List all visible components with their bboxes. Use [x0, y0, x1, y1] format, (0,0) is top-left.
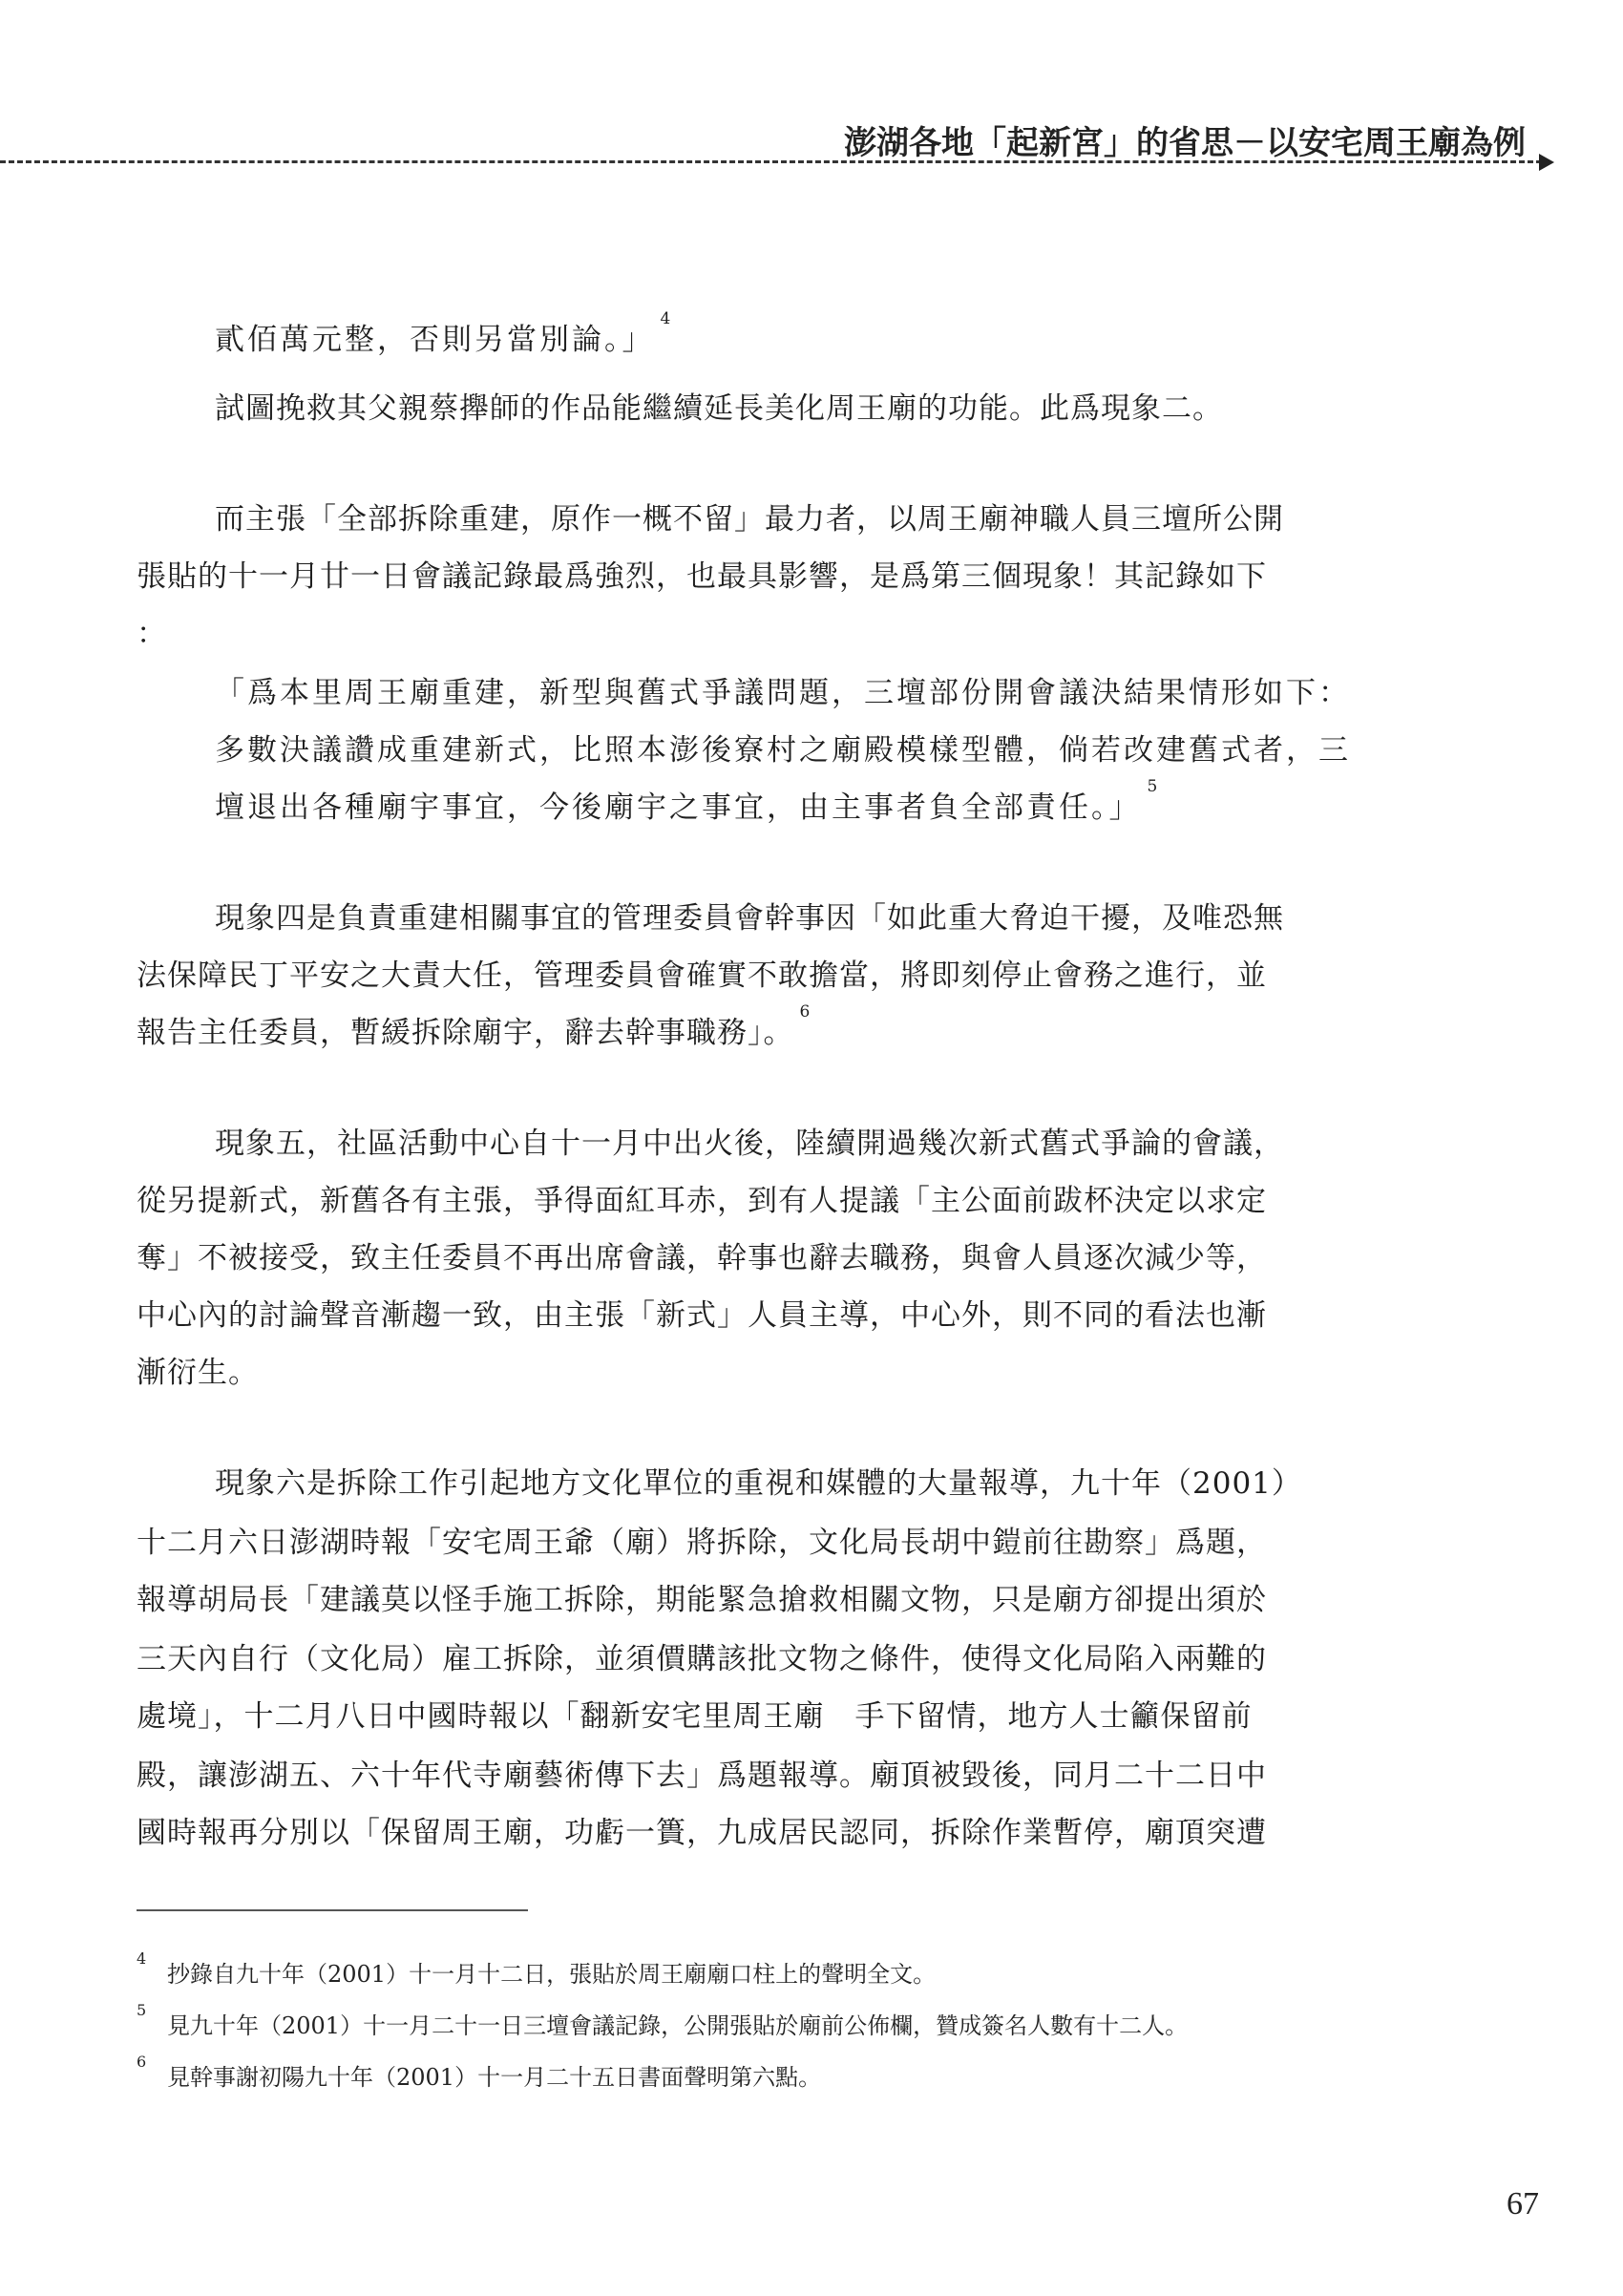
quote-line: 貳佰萬元整，否則另當別論。」4	[215, 315, 673, 358]
footnote-text: 見幹事謝初陽九十年（2001）十一月二十五日書面聲明第六點。	[167, 2064, 821, 2091]
footnote-text: 抄錄自九十年（2001）十一月十二日，張貼於周王廟廟口柱上的聲明全文。	[167, 1961, 936, 1988]
paragraph-line: 法保障民丁平安之大責大任，管理委員會確實不敢擔當，將即刻停止會務之進行，並	[137, 951, 1267, 994]
paragraph-line: 試圖挽救其父親蔡攑師的作品能繼續延長美化周王廟的功能。此爲現象二。	[215, 384, 1223, 427]
quote-line: 「爲本里周王廟重建，新型與舊式爭議問題，三壇部份開會議決結果情形如下：	[215, 668, 1351, 711]
footnote-number: 6	[137, 2053, 167, 2071]
paragraph-line: 處境」，十二月八日中國時報以「翻新安宅里周王廟 手下留情，地方人士籲保留前	[137, 1692, 1253, 1735]
page-number: 67	[1507, 2186, 1539, 2222]
header-dashed-rule	[0, 160, 1542, 163]
paragraph-line: ：	[137, 609, 167, 652]
paragraph-line: 中心內的討論聲音漸趨一致，由主張「新式」人員主導，中心外，則不同的看法也漸	[137, 1291, 1267, 1334]
paragraph-line: 從另提新式，新舊各有主張，爭得面紅耳赤，到有人提議「主公面前跋杯決定以求定	[137, 1176, 1267, 1219]
quote-line: 多數決議讚成重建新式，比照本澎後寮村之廟殿模樣型體，倘若改建舊式者，三	[215, 726, 1351, 769]
footnote-number: 5	[137, 2001, 167, 2019]
paragraph-line: 殿，讓澎湖五、六十年代寺廟藝術傳下去」爲題報導。廟頂被毀後，同月二十二日中	[137, 1751, 1267, 1794]
footnote-5: 5見九十年（2001）十一月二十一日三壇會議記錄，公開張貼於廟前公佈欄，贊成簽名…	[137, 2007, 1188, 2040]
footnote-6: 6見幹事謝初陽九十年（2001）十一月二十五日書面聲明第六點。	[137, 2058, 821, 2092]
footnote-ref[interactable]: 5	[1148, 777, 1161, 796]
paragraph-line: 國時報再分別以「保留周王廟，功虧一簣，九成居民認同，拆除作業暫停，廟頂突遭	[137, 1808, 1267, 1851]
paragraph-line: 現象五，社區活動中心自十一月中出火後，陸續開過幾次新式舊式爭論的會議，	[215, 1119, 1284, 1162]
footnote-number: 4	[137, 1949, 167, 1968]
paragraph-line: 報導胡局長「建議莫以怪手施工拆除，期能緊急搶救相關文物，只是廟方卻提出須於	[137, 1575, 1267, 1618]
quote-line: 壇退出各種廟宇事宜，今後廟宇之事宜，由主事者負全部責任。」5	[215, 783, 1160, 826]
footnote-4: 4抄錄自九十年（2001）十一月十二日，張貼於周王廟廟口柱上的聲明全文。	[137, 1955, 936, 1989]
footnote-separator	[137, 1909, 528, 1911]
paragraph-line: 而主張「全部拆除重建，原作一概不留」最力者，以周王廟神職人員三壇所公開	[215, 495, 1284, 537]
footnote-ref[interactable]: 4	[661, 309, 674, 328]
footnote-text: 見九十年（2001）十一月二十一日三壇會議記錄，公開張貼於廟前公佈欄，贊成簽名人…	[167, 2012, 1188, 2039]
paragraph-line: 現象六是拆除工作引起地方文化單位的重視和媒體的大量報導，九十年（2001）	[215, 1459, 1302, 1502]
footnote-ref[interactable]: 6	[800, 1002, 811, 1022]
paragraph-line: 張貼的十一月廿一日會議記錄最爲強烈，也最具影響，是爲第三個現象！其記錄如下	[137, 552, 1267, 595]
paragraph-line: 十二月六日澎湖時報「安宅周王爺（廟）將拆除，文化局長胡中鎧前往勘察」爲題，	[137, 1518, 1267, 1561]
paragraph-line: 三天內自行（文化局）雇工拆除，並須價購該批文物之條件，使得文化局陷入兩難的	[137, 1634, 1267, 1677]
paragraph-line: 現象四是負責重建相關事宜的管理委員會幹事因「如此重大脅迫干擾，及唯恐無	[215, 894, 1284, 937]
running-header: 澎湖各地「起新宮」的省思－以安宅周王廟為例	[0, 116, 1526, 163]
paragraph-line: 奪」不被接受，致主任委員不再出席會議，幹事也辭去職務，與會人員逐次減少等，	[137, 1233, 1267, 1276]
header-arrow-icon	[1539, 154, 1554, 171]
paragraph-line: 漸衍生。	[137, 1348, 259, 1391]
paragraph-line: 報告主任委員，暫緩拆除廟宇，辭去幹事職務」。6	[137, 1008, 811, 1051]
